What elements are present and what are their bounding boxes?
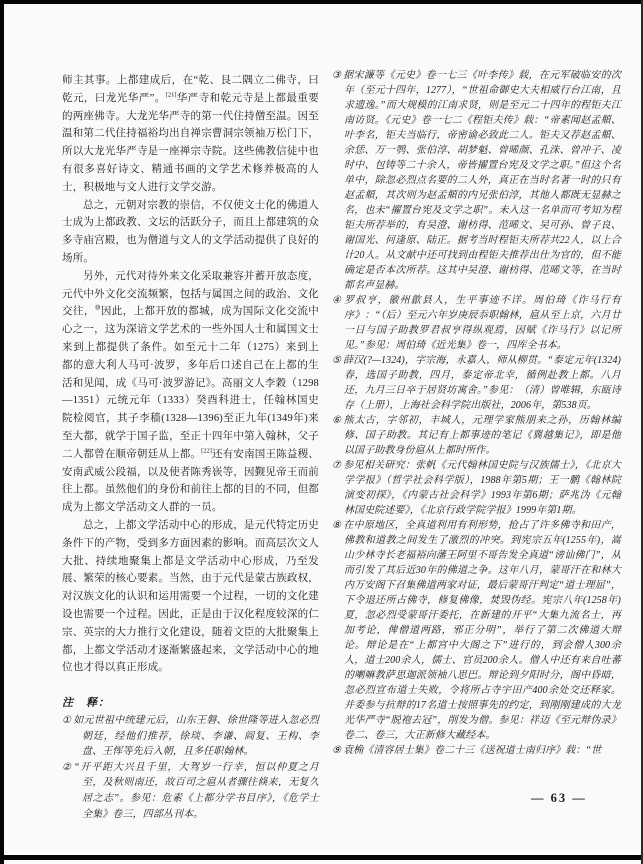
body-paragraph: 另外，元代对待外来文化采取兼容并蓄开放态度，元代中外文化交流频繁，包括与属国之间… bbox=[62, 268, 319, 517]
footnote-text: 在中原地区，全真道利用有利形势，抢占了许多佛寺和田产，佛教和道教之间发生了激烈的… bbox=[343, 520, 621, 741]
footnote-text: 熊太古，字邻初，丰城人，元理学家熊朋来之孙，历翰林编修、国子助教。其记有上都事迹… bbox=[344, 415, 621, 456]
footnote-number: ④ bbox=[332, 295, 344, 306]
footnote-number: ⑦ bbox=[332, 460, 343, 471]
footnote-4: ④罗叔亨，徽州歙县人，生平事迹不详。周伯琦《诈马行有序》：“（后）至元六年岁庚辰… bbox=[332, 293, 621, 353]
footnote-3: ③据宋濂等《元史》卷一七三《叶李传》载，在元军破临安的次年（至元十四年，1277… bbox=[332, 68, 621, 293]
footnote-number: ⑥ bbox=[332, 415, 344, 426]
footnote-text: 罗叔亨，徽州歙县人，生平事迹不详。周伯琦《诈马行有序》：“（后）至元六年岁庚辰忝… bbox=[344, 295, 621, 351]
scan-border-top bbox=[0, 0, 643, 4]
footnote-text: 袁桷《清容居士集》卷二十三《送祝道士南归序》载：“世 bbox=[343, 745, 601, 756]
body-paragraph-continuation: 师主其事。上都建成后，在“乾、艮二隅立二佛寺，曰乾元，曰龙光华严”。[21]华严… bbox=[62, 72, 319, 197]
right-column: ③据宋濂等《元史》卷一七三《叶李传》载，在元军破临安的次年（至元十四年，1277… bbox=[332, 68, 621, 758]
footnote-text: 参见相关研究：张帆《元代翰林国史院与汉族儒士》，《北京大学学报》（哲学社会科学版… bbox=[343, 460, 621, 516]
footnote-text: 如元世祖中统建元后，山东王磐、徐世隆等进入忽必烈朝廷，经他们推荐，徐琰、李谦、阎… bbox=[73, 715, 319, 757]
footnote-number: ③ bbox=[332, 70, 343, 81]
scan-border-bottom bbox=[0, 855, 643, 860]
footnote-number: ⑨ bbox=[332, 745, 343, 756]
paragraph-text: 因此，上都开放的都城，成为国际文化交流中心之一，这为深谙文学艺术的一些外国人士和… bbox=[62, 306, 319, 459]
footnote-5: ⑤薛汉(?—1324)，字宗海，永嘉人，师从柳贯。“泰定元年(1324)春，选国… bbox=[332, 353, 621, 413]
footnote-text: 薛汉(?—1324)，字宗海，永嘉人，师从柳贯。“泰定元年(1324)春，选国子… bbox=[343, 355, 621, 411]
footnote-9: ⑨袁桷《清容居士集》卷二十三《送祝道士南归序》载：“世 bbox=[332, 743, 621, 758]
footnote-1: ①如元世祖中统建元后，山东王磐、徐世隆等进入忽必烈朝廷，经他们推荐，徐琰、李谦、… bbox=[62, 713, 319, 760]
footnote-7: ⑦参见相关研究：张帆《元代翰林国史院与汉族儒士》，《北京大学学报》（哲学社会科学… bbox=[332, 458, 621, 518]
left-column: 师主其事。上都建成后，在“乾、艮二隅立二佛寺，曰乾元，曰龙光华严”。[21]华严… bbox=[62, 72, 319, 822]
notes-section-heading: 注 释： bbox=[62, 694, 319, 710]
footnote-number: ⑧ bbox=[332, 520, 343, 531]
scanned-book-page: 师主其事。上都建成后，在“乾、艮二隅立二佛寺，曰乾元，曰龙光华严”。[21]华严… bbox=[0, 0, 643, 864]
footnote-2: ②“开平距大兴且千里，大驾岁一行幸，恒以仲夏之月至，及秋则南还，故百司之扈从者骤… bbox=[62, 760, 319, 822]
body-paragraph: 总之，上都文学活动中心的形成，是元代特定历史条件下的产物，受到多方面因素的影响。… bbox=[62, 517, 319, 677]
footnote-number: ① bbox=[62, 715, 73, 726]
footnote-text: 据宋濂等《元史》卷一七三《叶李传》载，在元军破临安的次年（至元十四年，1277）… bbox=[343, 70, 621, 291]
footnote-8: ⑧在中原地区，全真道利用有利形势，抢占了许多佛寺和田产，佛教和道教之间发生了激烈… bbox=[332, 518, 621, 743]
footnote-text: “开平距大兴且千里，大驾岁一行幸，恒以仲夏之月至，及秋则南还，故百司之扈从者骤往… bbox=[74, 762, 319, 820]
paragraph-text: 华严寺和乾元寺是上都最重要的两座佛寺。大龙光华严寺的第一代住持僧至温。因至温和第… bbox=[62, 93, 319, 193]
citation-ref-22: [22] bbox=[201, 447, 212, 454]
footnote-number: ② bbox=[62, 762, 74, 773]
page-number: — 63 — bbox=[531, 791, 587, 806]
footnote-6: ⑥熊太古，字邻初，丰城人，元理学家熊朋来之孙，历翰林编修、国子助教。其记有上都事… bbox=[332, 413, 621, 458]
citation-ref-21: [21] bbox=[166, 91, 177, 98]
scan-border-left bbox=[0, 0, 4, 864]
body-paragraph: 总之，元朝对宗教的崇信，不仅使文士化的佛道人士成为上都政教、文坛的活跃分子，而且… bbox=[62, 197, 319, 268]
footnote-number: ⑤ bbox=[332, 355, 343, 366]
